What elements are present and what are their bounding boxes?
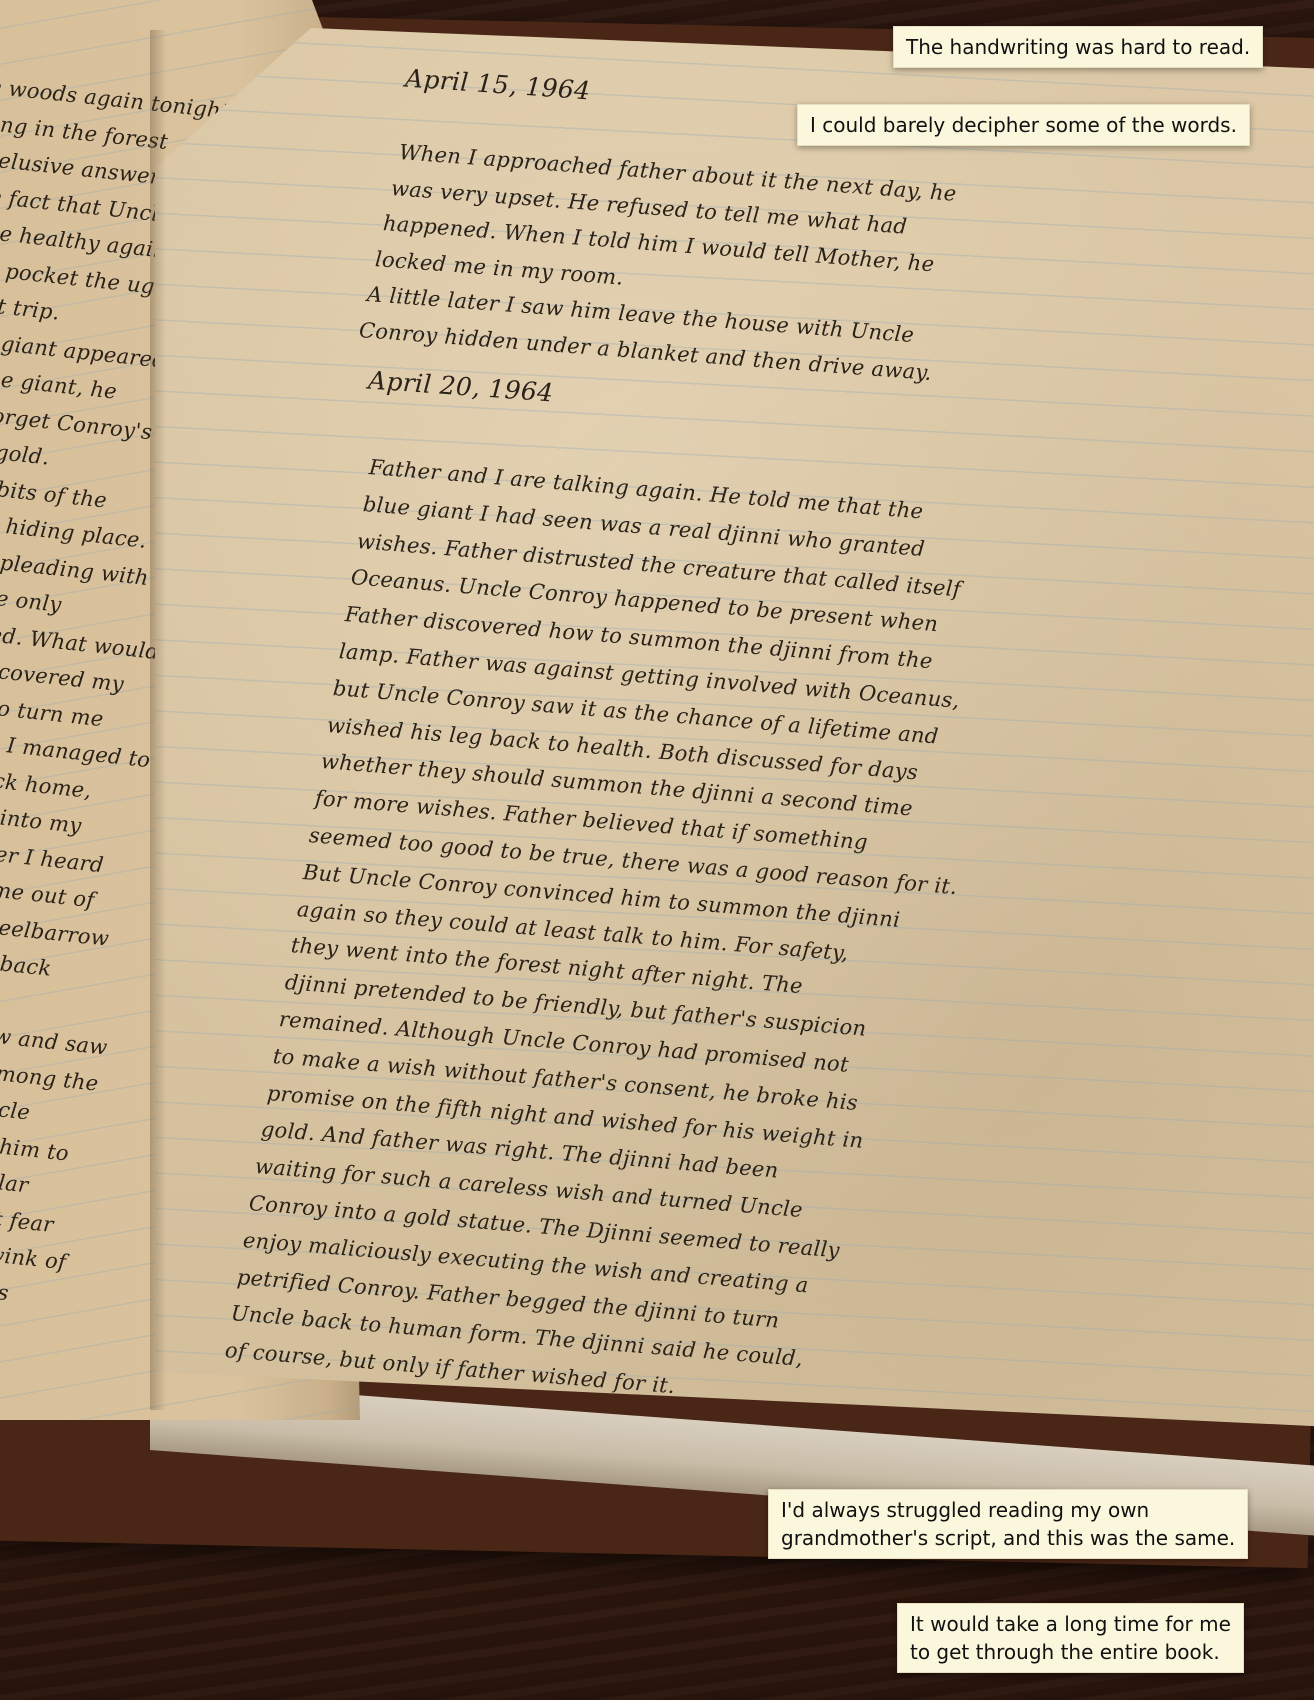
caption-box: I'd always struggled reading my own gran… — [768, 1489, 1248, 1559]
caption-text: to get through the entire book. — [910, 1638, 1231, 1666]
caption-box: It would take a long time for me to get … — [897, 1603, 1244, 1673]
book-gutter — [150, 30, 166, 1410]
caption-text: I'd always struggled reading my own — [781, 1496, 1235, 1524]
caption-text: I could barely decipher some of the word… — [810, 113, 1237, 137]
caption-text: It would take a long time for me — [910, 1610, 1231, 1638]
caption-box: The handwriting was hard to read. — [893, 26, 1263, 68]
caption-box: I could barely decipher some of the word… — [797, 104, 1250, 146]
caption-text: The handwriting was hard to read. — [906, 35, 1250, 59]
caption-text: grandmother's script, and this was the s… — [781, 1524, 1235, 1552]
